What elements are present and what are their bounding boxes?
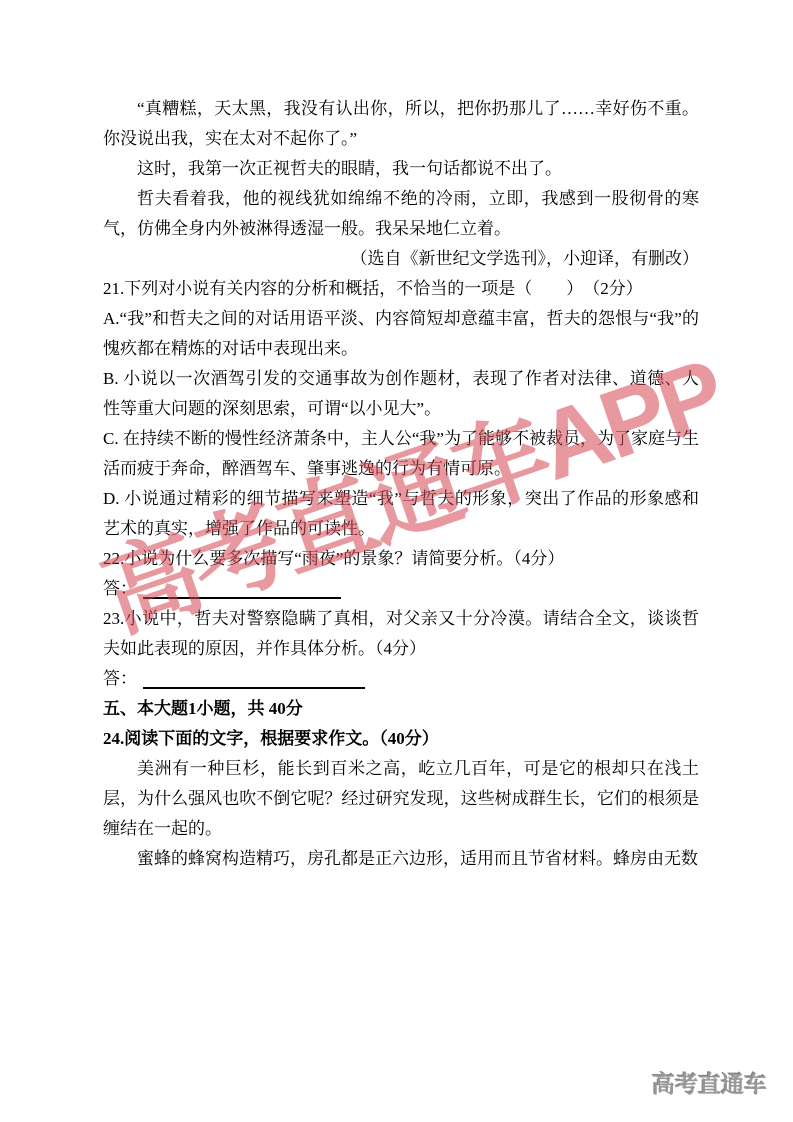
question-21-option-d: D. 小说通过精彩的细节描写来塑造“我”与哲夫的形象，突出了作品的形象感和艺术的… bbox=[103, 484, 699, 544]
exam-content: “真糟糕，天太黑，我没有认出你，所以，把你扔那儿了……幸好伤不重。你没说出我，实… bbox=[103, 94, 699, 874]
question-23-answer-label: 答： bbox=[103, 669, 137, 688]
question-21-stem: 21.下列对小说有关内容的分析和概括，不恰当的一项是（ ） （2分） bbox=[103, 274, 699, 304]
question-23-answer-blank bbox=[143, 671, 365, 689]
essay-material-paragraph-1: 美洲有一种巨杉，能长到百米之高，屹立几百年，可是它的根却只在浅土层，为什么强风也… bbox=[103, 754, 699, 844]
question-21-option-b: B. 小说以一次酒驾引发的交通事故为创作题材，表现了作者对法律、道德、人性等重大… bbox=[103, 364, 699, 424]
passage-paragraph-1: “真糟糕，天太黑，我没有认出你，所以，把你扔那儿了……幸好伤不重。你没说出我，实… bbox=[103, 94, 699, 154]
question-22-answer-blank bbox=[143, 581, 341, 599]
passage-paragraph-3: 哲夫看着我，他的视线犹如绵绵不绝的冷雨，立即，我感到一股彻骨的寒气，仿佛全身内外… bbox=[103, 184, 699, 244]
passage-paragraph-2: 这时，我第一次正视哲夫的眼睛，我一句话都说不出了。 bbox=[103, 154, 699, 184]
section-5-heading: 五、本大题1小题，共 40分 bbox=[103, 694, 699, 724]
question-24-stem: 24.阅读下面的文字，根据要求作文。（40分） bbox=[103, 724, 699, 754]
passage-source: （选自《新世纪文学选刊》，小迎译，有删改） bbox=[103, 244, 699, 274]
question-21-option-a: A.“我”和哲夫之间的对话用语平淡、内容简短却意蕴丰富，哲夫的怨恨与“我”的愧疚… bbox=[103, 304, 699, 364]
essay-material-paragraph-2: 蜜蜂的蜂窝构造精巧，房孔都是正六边形，适用而且节省材料。蜂房由无数 bbox=[103, 844, 699, 874]
question-22-answer-line: 答： bbox=[103, 574, 699, 604]
footer-logo: 高考直通车 bbox=[652, 1066, 767, 1099]
question-21-option-c: C. 在持续不断的慢性经济萧条中，主人公“我”为了能够不被裁员，为了家庭与生活而… bbox=[103, 424, 699, 484]
question-23-stem: 23.小说中，哲夫对警察隐瞒了真相，对父亲又十分冷漠。请结合全文，谈谈哲夫如此表… bbox=[103, 604, 699, 664]
question-23-answer-line: 答： bbox=[103, 664, 699, 694]
question-22-answer-label: 答： bbox=[103, 579, 137, 598]
question-22-stem: 22.小说为什么要多次描写“雨夜”的景象？请简要分析。（4分） bbox=[103, 544, 699, 574]
exam-page: “真糟糕，天太黑，我没有认出你，所以，把你扔那儿了……幸好伤不重。你没说出我，实… bbox=[0, 0, 793, 1122]
